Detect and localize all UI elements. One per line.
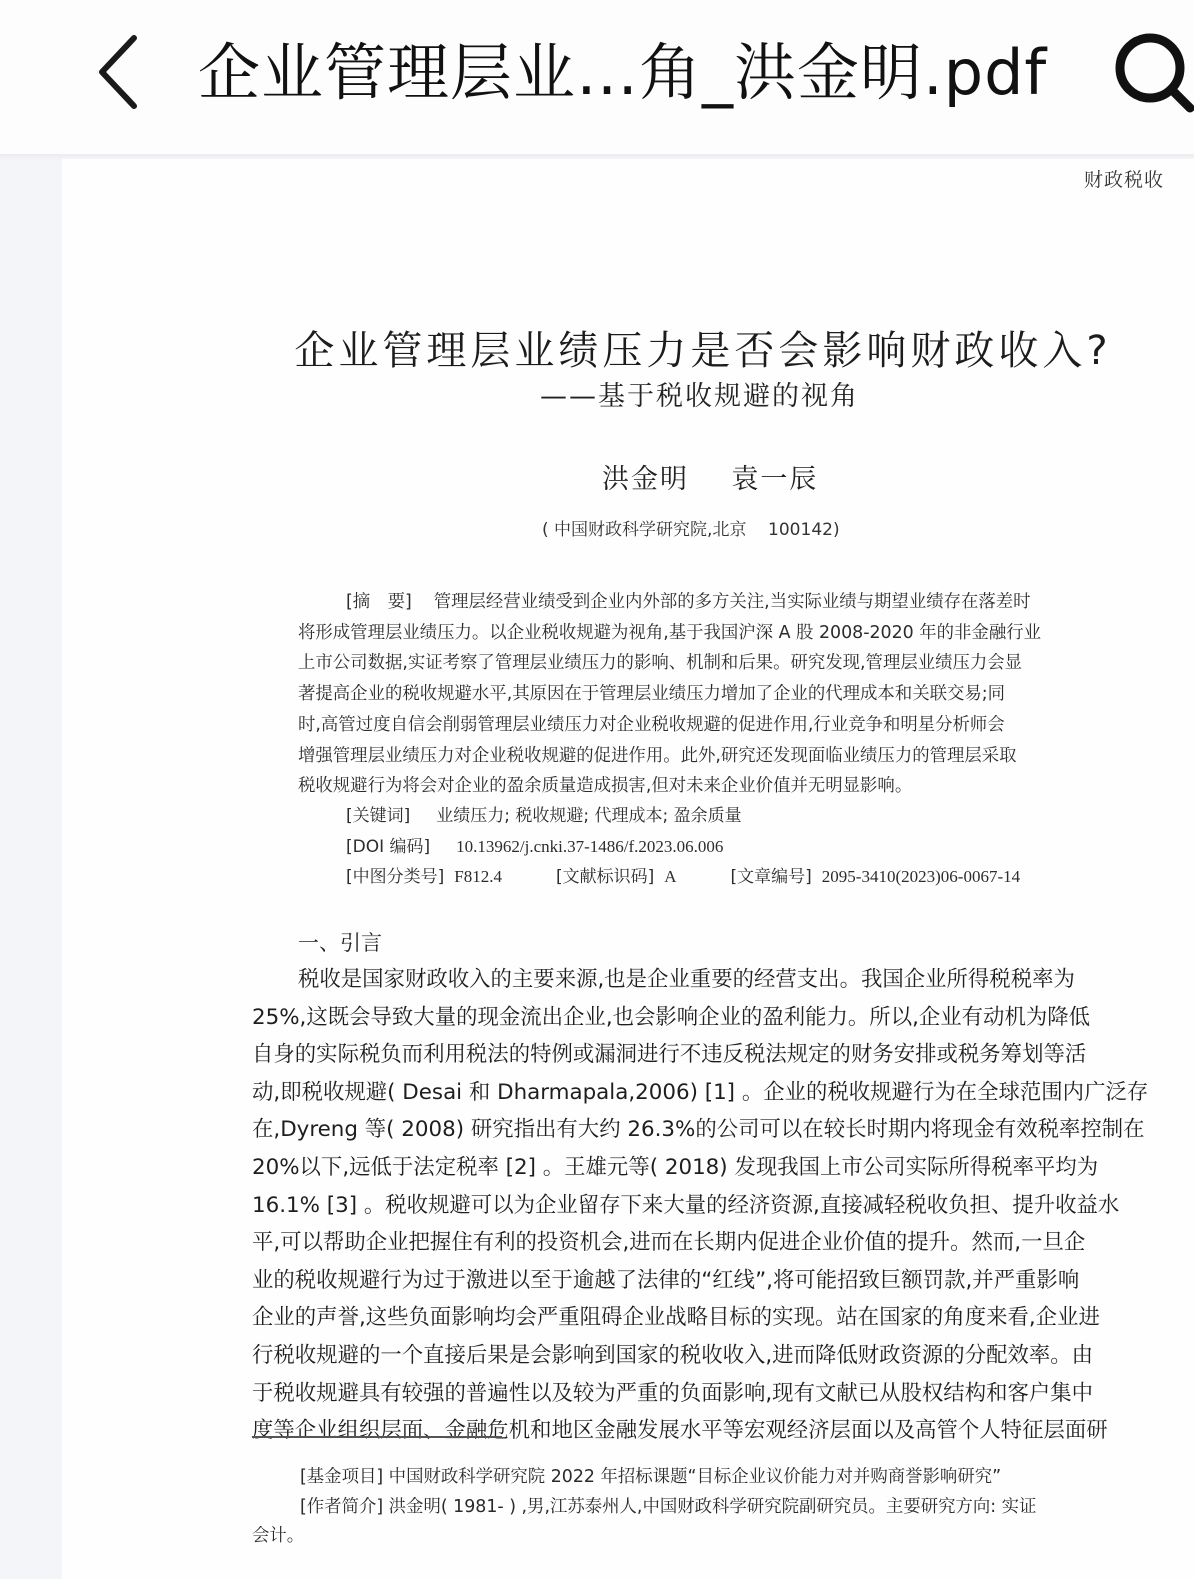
search-icon — [1110, 30, 1194, 114]
article-title: 企业管理层业绩压力是否会影响财政收入? — [62, 319, 1194, 376]
doc-code-value: A — [664, 862, 676, 893]
footnotes: [基金项目] 中国财政科学研究院 2022 年招标课题“目标企业议价能力对并购商… — [252, 1463, 1167, 1552]
author-footnote-cont: 会计。 — [252, 1522, 1167, 1552]
keywords-label: [关键词] — [346, 801, 410, 832]
abstract-line: 上市公司数据,实证考察了管理层业绩压力的影响、机制和后果。研究发现,管理层业绩压… — [298, 648, 1118, 679]
affiliation: ( 中国财政科学研究院,北京 100142) — [542, 515, 840, 540]
keywords-value: 业绩压力; 税收规避; 代理成本; 盈余质量 — [436, 801, 741, 832]
body-line: 业的税收规避行为过于激进以至于逾越了法律的“红线”,将可能招致巨额罚款,并严重影… — [252, 1262, 1164, 1300]
pdf-page: 财政税收 企业管理层业绩压力是否会影响财政收入? ——基于税收规避的视角 洪金明… — [62, 159, 1194, 1567]
body-line: 20%以下,远低于法定税率 [2] 。王雄元等( 2018) 发现我国上市公司实… — [252, 1149, 1164, 1187]
abstract-line: 增强管理层业绩压力对企业税收规避的促进作用。此外,研究还发现面临业绩压力的管理层… — [298, 741, 1118, 772]
body-line: 动,即税收规避( Desai 和 Dharmapala,2006) [1] 。企… — [252, 1074, 1164, 1112]
abstract-line: 著提高企业的税收规避水平,其原因在于管理层业绩压力增加了企业的代理成本和关联交易… — [298, 679, 1118, 710]
top-app-bar: 企业管理层业…角_洪金明.pdf — [0, 0, 1194, 155]
author-footnote: [作者简介] 洪金明( 1981- ) ,男,江苏泰州人,中国财政科学研究院副研… — [252, 1493, 1167, 1523]
classification-row: [中图分类号] F812.4 [文献标识码] A [文章编号] 2095-341… — [346, 862, 1146, 893]
fund-label: [基金项目] — [300, 1467, 383, 1487]
author-value: 洪金明( 1981- ) ,男,江苏泰州人,中国财政科学研究院副研究员。主要研究… — [389, 1497, 1037, 1517]
body-text: 税收是国家财政收入的主要来源,也是企业重要的经营支出。我国企业所得税税率为 25… — [252, 961, 1164, 1450]
doi-row: [DOI 编码] 10.13962/j.cnki.37-1486/f.2023.… — [346, 832, 1146, 863]
chevron-left-icon — [94, 32, 142, 112]
body-line: 平,可以帮助企业把握住有利的投资机会,进而在长期内促进企业价值的提升。然而,一旦… — [252, 1224, 1164, 1262]
article-no-value: 2095-3410(2023)06-0067-14 — [822, 862, 1020, 893]
article-subtitle: ——基于税收规避的视角 — [540, 374, 859, 413]
abstract-line: 将形成管理层业绩压力。以企业税收规避为视角,基于我国沪深 A 股 2008-20… — [298, 618, 1118, 649]
clc-value: F812.4 — [454, 862, 502, 893]
footnote-divider — [252, 1436, 502, 1438]
pdf-viewer[interactable]: 财政税收 企业管理层业绩压力是否会影响财政收入? ——基于税收规避的视角 洪金明… — [0, 155, 1194, 1567]
search-button[interactable] — [1110, 30, 1194, 114]
body-line: 在,Dyreng 等( 2008) 研究指出有大约 26.3%的公司可以在较长时… — [252, 1111, 1164, 1149]
back-button[interactable] — [88, 30, 148, 114]
keywords-row: [关键词] 业绩压力; 税收规避; 代理成本; 盈余质量 — [346, 801, 1146, 832]
section-heading: 一、引言 — [298, 927, 382, 957]
authors: 洪金明 袁一辰 — [602, 457, 818, 496]
doi-label: [DOI 编码] — [346, 832, 430, 863]
abstract-line: 税收规避行为将会对企业的盈余质量造成损害,但对未来企业价值并无明显影响。 — [298, 771, 1118, 802]
doi-value: 10.13962/j.cnki.37-1486/f.2023.06.006 — [456, 832, 723, 863]
clc-label: [中图分类号] — [346, 862, 444, 893]
body-line: 25%,这既会导致大量的现金流出企业,也会影响企业的盈利能力。所以,企业有动机为… — [252, 999, 1164, 1037]
body-line: 自身的实际税负而利用税法的特例或漏洞进行不违反税法规定的财务安排或税务筹划等活 — [252, 1036, 1164, 1074]
body-line: 度等企业组织层面、金融危机和地区金融发展水平等宏观经济层面以及高管个人特征层面研 — [252, 1412, 1164, 1450]
abstract-line: 管理层经营业绩受到企业内外部的多方关注,当实际业绩与期望业绩存在落差时 — [434, 592, 1031, 612]
body-line: 16.1% [3] 。税收规避可以为企业留存下来大量的经济资源,直接减轻税收负担… — [252, 1187, 1164, 1225]
fund-value: 中国财政科学研究院 2022 年招标课题“目标企业议价能力对并购商誉影响研究” — [389, 1467, 1001, 1487]
running-head: 财政税收 — [1084, 165, 1164, 192]
abstract-label: [摘 要] — [346, 592, 412, 612]
abstract: [摘 要]管理层经营业绩受到企业内外部的多方关注,当实际业绩与期望业绩存在落差时… — [298, 587, 1118, 802]
doc-code-label: [文献标识码] — [556, 862, 654, 893]
file-title: 企业管理层业…角_洪金明.pdf — [198, 28, 1047, 118]
author-label: [作者简介] — [300, 1497, 383, 1517]
body-line: 企业的声誉,这些负面影响均会严重阻碍企业战略目标的实现。站在国家的角度来看,企业… — [252, 1299, 1164, 1337]
article-no-label: [文章编号] — [731, 862, 812, 893]
body-line: 税收是国家财政收入的主要来源,也是企业重要的经营支出。我国企业所得税税率为 — [252, 961, 1164, 999]
fund-footnote: [基金项目] 中国财政科学研究院 2022 年招标课题“目标企业议价能力对并购商… — [252, 1463, 1167, 1493]
article-metadata: [关键词] 业绩压力; 税收规避; 代理成本; 盈余质量 [DOI 编码] 10… — [346, 801, 1146, 893]
body-line: 于税收规避具有较强的普遍性以及较为严重的负面影响,现有文献已从股权结构和客户集中 — [252, 1375, 1164, 1413]
abstract-line: 时,高管过度自信会削弱管理层业绩压力对企业税收规避的促进作用,行业竞争和明星分析… — [298, 710, 1118, 741]
body-line: 行税收规避的一个直接后果是会影响到国家的税收收入,进而降低财政资源的分配效率。由 — [252, 1337, 1164, 1375]
